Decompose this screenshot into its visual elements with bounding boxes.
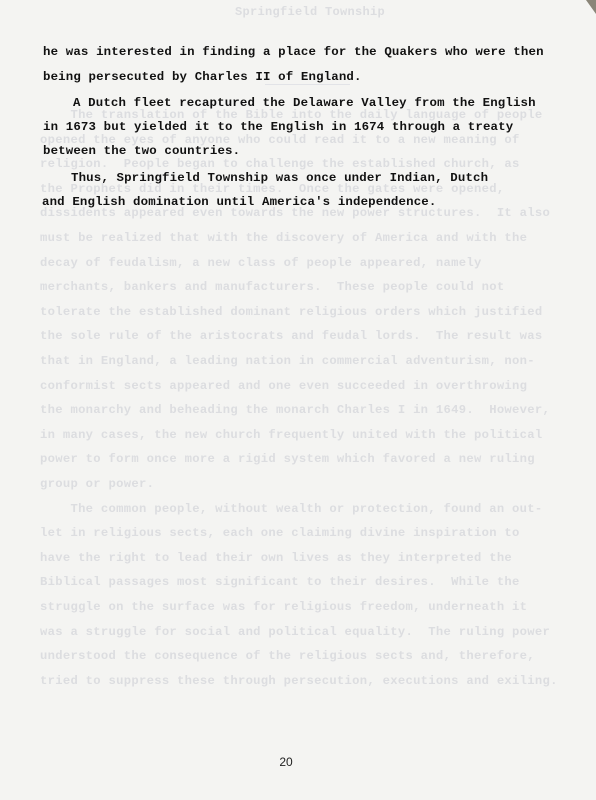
page-number: 20 (0, 755, 572, 769)
show-through-line: tolerate the established dominant religi… (40, 305, 543, 319)
show-through-line: the sole rule of the aristocrats and feu… (40, 329, 543, 343)
text-line: A Dutch fleet recaptured the Delaware Va… (73, 96, 536, 110)
show-through-heading: Springfield Township (200, 5, 420, 19)
show-through-line: Biblical passages most significant to th… (40, 575, 520, 589)
page-corner-shadow (586, 0, 596, 14)
text-line: in 1673 but yielded it to the English in… (43, 120, 513, 134)
show-through-underline (265, 84, 350, 85)
show-through-line: the monarchy and beheading the monarch C… (40, 403, 550, 417)
show-through-line: have the right to lead their own lives a… (40, 551, 512, 565)
document-page: Springfield Township The translation of … (0, 0, 596, 800)
show-through-line: must be realized that with the discovery… (40, 231, 527, 245)
show-through-line: let in religious sects, each one claimin… (40, 526, 520, 540)
show-through-line: tried to suppress these through persecut… (40, 674, 558, 688)
show-through-line: was a struggle for social and political … (40, 625, 550, 639)
text-line: between the two countries. (43, 144, 240, 158)
show-through-line: power to form once more a rigid system w… (40, 452, 535, 466)
show-through-line: conformist sects appeared and one even s… (40, 379, 527, 393)
show-through-line: decay of feudalism, a new class of peopl… (40, 256, 482, 270)
text-line: being persecuted by Charles II of Englan… (43, 70, 362, 84)
show-through-line: struggle on the surface was for religiou… (40, 600, 527, 614)
text-line: Thus, Springfield Township was once unde… (71, 171, 488, 185)
show-through-line: The common people, without wealth or pro… (40, 502, 543, 516)
show-through-line: group or power. (40, 477, 154, 491)
text-line: and English domination until America's i… (42, 195, 436, 209)
show-through-line: religion. People began to challenge the … (40, 157, 520, 171)
show-through-line: in many cases, the new church frequently… (40, 428, 543, 442)
show-through-line: that in England, a leading nation in com… (40, 354, 535, 368)
show-through-line: merchants, bankers and manufacturers. Th… (40, 280, 504, 294)
show-through-line: understood the consequence of the religi… (40, 649, 535, 663)
text-line: he was interested in finding a place for… (43, 45, 544, 59)
